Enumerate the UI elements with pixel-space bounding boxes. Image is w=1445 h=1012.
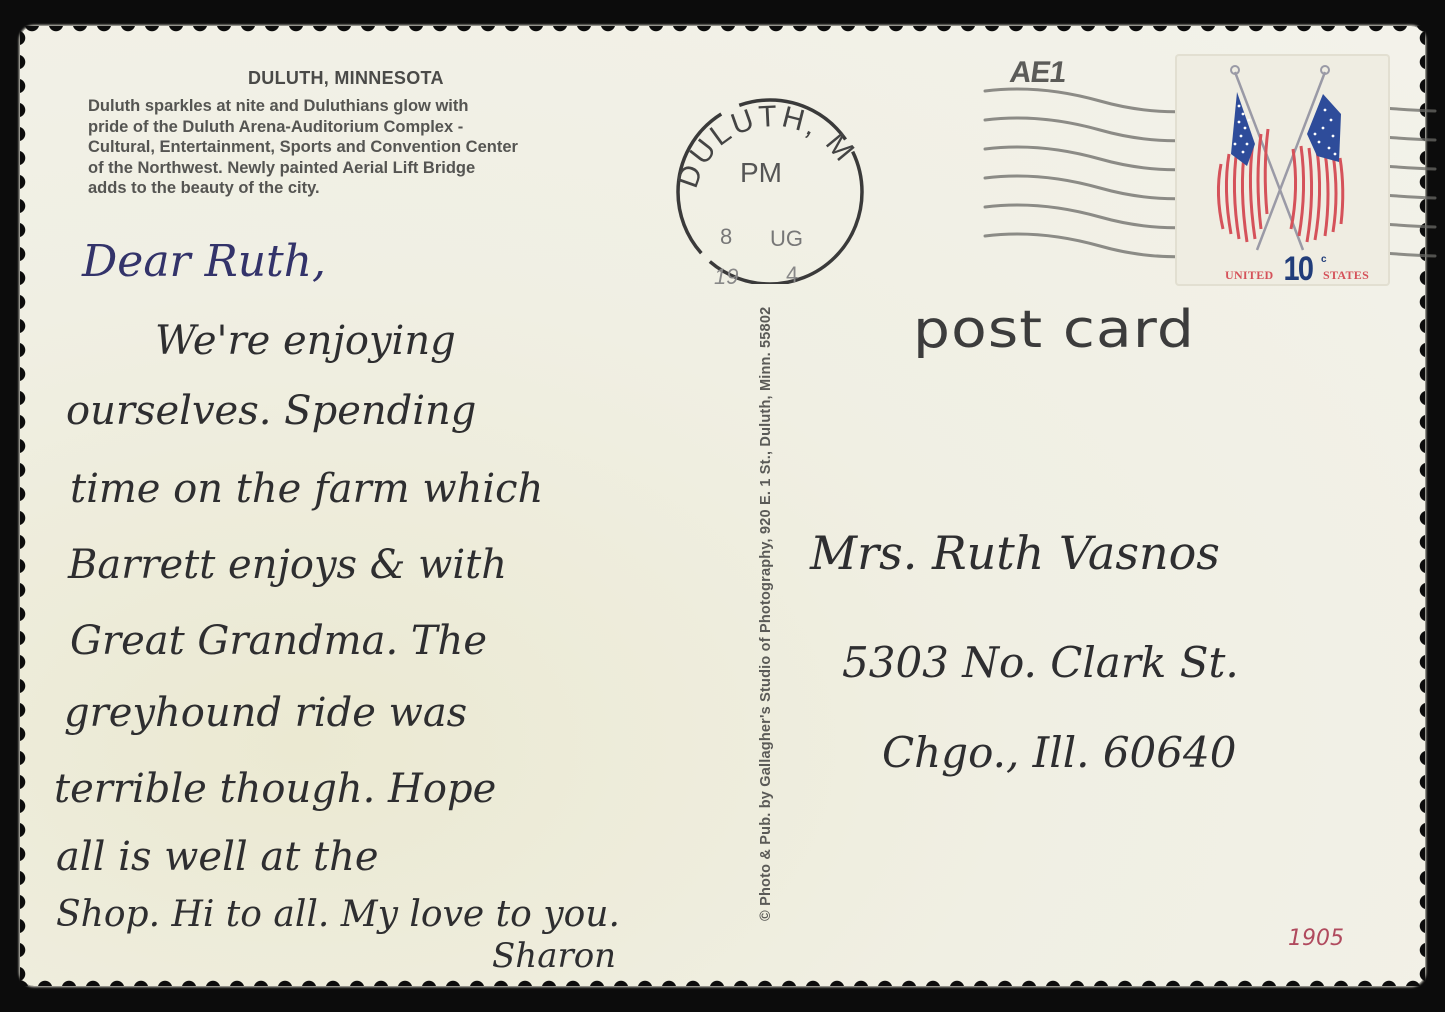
postcard: DULUTH, MINNESOTA Duluth sparkles at nit… <box>20 26 1425 986</box>
stamp-value: 10 <box>1284 250 1313 289</box>
caption-line: adds to the beauty of the city. <box>88 178 658 199</box>
message-line: Great Grandma. The <box>70 618 487 664</box>
stamp-country-left: UNITED <box>1225 268 1273 283</box>
caption-body: Duluth sparkles at nite and Duluthians g… <box>88 96 658 199</box>
message-line: terrible though. Hope <box>54 766 496 812</box>
postage-stamp: UNITED 10 c STATES <box>1175 54 1390 286</box>
scalloped-edge-bottom <box>20 978 1425 986</box>
address-name: Mrs. Ruth Vasnos <box>810 526 1220 580</box>
caption-line: of the Northwest. Newly painted Aerial L… <box>88 158 658 179</box>
svg-text:4: 4 <box>786 262 798 284</box>
caption-line: Duluth sparkles at nite and Duluthians g… <box>88 96 658 117</box>
message-line: time on the farm which <box>70 466 543 512</box>
message-line: We're enjoying <box>155 318 456 364</box>
message-line: Shop. Hi to all. My love to you. <box>56 894 620 935</box>
post-card-label: post card <box>913 300 1195 360</box>
message-line: Dear Ruth, <box>82 236 326 287</box>
scalloped-edge-top <box>20 26 1425 34</box>
crossed-flags-stamp-icon <box>1175 54 1390 286</box>
reference-number: 1905 <box>1288 926 1344 951</box>
stamp-country-right: STATES <box>1323 268 1369 283</box>
publisher-credit: © Photo & Pub. by Gallagher's Studio of … <box>758 307 774 921</box>
caption-line: pride of the Duluth Arena-Auditorium Com… <box>88 117 658 138</box>
stamp-unit: c <box>1321 254 1327 265</box>
svg-text:UG: UG <box>770 226 803 251</box>
caption-line: Cultural, Entertainment, Sports and Conv… <box>88 137 658 158</box>
cancellation-code: AE1 <box>1008 56 1068 90</box>
address-street: 5303 No. Clark St. <box>842 638 1239 687</box>
scalloped-edge-left <box>20 26 28 986</box>
caption-title: DULUTH, MINNESOTA <box>248 68 444 89</box>
message-line: all is well at the <box>56 834 379 880</box>
svg-text:19: 19 <box>714 264 738 284</box>
message-line: greyhound ride was <box>64 690 467 736</box>
address-city: Chgo., Ill. 60640 <box>882 728 1236 777</box>
message-line: Barrett enjoys & with <box>68 542 507 588</box>
svg-text:PM: PM <box>740 157 782 188</box>
svg-text:8: 8 <box>720 224 732 249</box>
signature: Sharon <box>492 936 616 976</box>
message-line: ourselves. Spending <box>66 388 476 434</box>
circular-postmark-icon: DULUTH, MN PM 8 UG 19 4 <box>668 84 868 284</box>
